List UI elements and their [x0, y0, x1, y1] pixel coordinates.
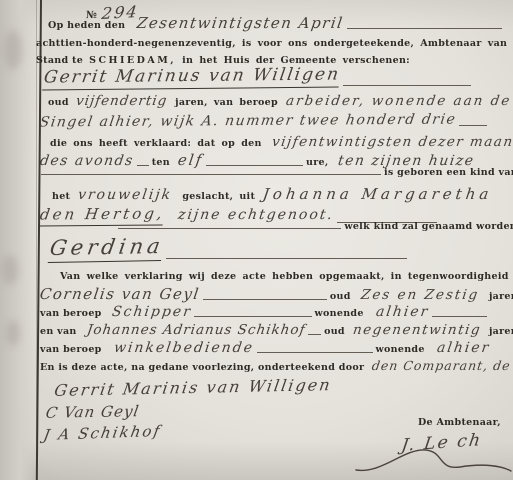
declarant-occupation: arbeider, wonende aan de [285, 93, 513, 109]
page-left-edge-shading [0, 0, 36, 480]
printed-city-name: SCHIEDAM, [89, 55, 176, 66]
printed-closing: En is deze acte, na gedane voorlezing, o… [40, 362, 364, 373]
declarant-age-row: oud vijfendertig jaren, van beroep arbei… [48, 93, 513, 109]
witness2-occupation-row: van beroep winkelbediende wonende alhier [40, 340, 490, 356]
ruled-fill-line [308, 331, 321, 335]
printed-oud-2: oud [330, 291, 351, 302]
child-name: Gerdina [48, 234, 166, 263]
witness2-occupation: winkelbediende [112, 340, 254, 356]
ruled-fill-line [166, 255, 407, 259]
ruled-fill-line [432, 313, 487, 317]
witness2-name: Johannes Adrianus Schikhof [86, 322, 307, 338]
declarant-age: vijfendertig [75, 93, 169, 109]
signature-witness2-row: J A Schikhof [44, 424, 161, 442]
printed-jaren: jaren [489, 291, 513, 302]
is-geboren-row: is geboren een kind van [38, 167, 513, 178]
official-signature-flourish [352, 440, 513, 476]
child-name-row: Gerdina [50, 235, 410, 262]
welk-kind-row: welk kind zal genaamd worden [115, 221, 513, 232]
printed-year-line: achttien-honderd-negenenzeventig, is voo… [36, 38, 513, 49]
printed-van-beroep: van beroep [40, 308, 102, 319]
printed-is-geboren: is geboren een kind van [384, 167, 513, 178]
witness2-row: en van Johannes Adrianus Schikhof oud ne… [40, 322, 513, 338]
printed-en-van: en van [40, 326, 77, 337]
printed-van-beroep-2: van beroep [40, 344, 102, 355]
printed-op-heden: Op heden den [48, 20, 125, 31]
ruled-fill-line [194, 313, 311, 317]
ruled-fill-line [257, 349, 373, 353]
scan-smudge [4, 30, 22, 70]
witness2-age: negenentwintig [352, 322, 482, 338]
gender-mother-row: het vrouwelijk geslacht, uit Johanna Mar… [52, 185, 493, 203]
printed-jaren-van-beroep: jaren, van beroep [175, 97, 278, 108]
printed-van-welke: Van welke verklaring wij deze acte hebbe… [60, 271, 513, 282]
declarant-name: Gerrit Marinus van Willigen [42, 64, 341, 90]
ruled-fill-line [203, 296, 327, 300]
printed-de-ambtenaar: De Ambtenaar, [418, 417, 501, 428]
birth-day: vijfentwintigsten dezer maand, [271, 134, 513, 150]
year-row: achttien-honderd-negenenzeventig, is voo… [36, 38, 513, 49]
witness1-residence: alhier [375, 304, 431, 320]
printed-oud: oud [48, 97, 69, 108]
witness-intro-row: Van welke verklaring wij deze acte hebbe… [60, 271, 513, 282]
declarant-name-row: Gerrit Marinus van Willigen [44, 66, 474, 89]
witness1-name: Cornelis van Geyl [39, 285, 201, 303]
handwritten-date: Zesentwintigsten April [136, 14, 345, 32]
ruled-fill-line [459, 122, 487, 126]
ruled-fill-line [347, 25, 502, 29]
closing-row: En is deze acte, na gedane voorlezing, o… [40, 358, 513, 373]
witness1-occupation: Schipper [110, 304, 192, 320]
printed-jaren-2: jaren [489, 326, 513, 337]
declarant-address: Singel alhier, wijk A. nummer twee honde… [39, 112, 458, 131]
witness2-residence: alhier [436, 340, 492, 356]
printed-stand-prefix: Stand te [36, 55, 83, 66]
declaration-row: die ons heeft verklaard: dat op den vijf… [50, 134, 513, 150]
printed-verklaard: die ons heeft verklaard: dat op den [50, 138, 262, 149]
scan-smudge [2, 255, 18, 285]
printed-wonende-2: wonende [376, 344, 425, 355]
ruled-fill-line [137, 162, 149, 166]
ruled-fill-line [343, 82, 471, 86]
printed-welk-kind: welk kind zal genaamd worden [344, 221, 513, 232]
birth-certificate-scan: № 294 Op heden den Zesentwintigsten Apri… [0, 0, 513, 480]
signature-witness2: J A Schikhof [42, 422, 163, 444]
printed-het: het [52, 191, 70, 202]
official-label-row: De Ambtenaar, [418, 417, 501, 428]
ruled-fill-line [41, 171, 381, 175]
signature-witness1-row: C Van Geyl [46, 403, 139, 421]
witness1-row: Cornelis van Geyl oud Zes en Zestig jare… [40, 285, 513, 303]
signature-declarant-row: Gerrit Marinis van Willigen [55, 378, 331, 397]
closing-handwritten: den Comparant, de getuigen [371, 358, 513, 373]
mother-first-names: Johanna Margaretha [262, 185, 494, 203]
witness1-age: Zes en Zestig [360, 287, 480, 303]
witness1-occupation-row: van beroep Schipper wonende alhier [40, 304, 490, 320]
stand-row: Stand te SCHIEDAM, in het Huis der Gemee… [36, 55, 410, 66]
printed-wonende: wonende [315, 308, 364, 319]
ruled-fill-line [206, 162, 303, 166]
declarant-address-row: Singel alhier, wijk A. nummer twee honde… [40, 113, 490, 129]
date-row: Op heden den Zesentwintigsten April [48, 14, 505, 32]
child-gender: vrouwelijk [77, 187, 173, 203]
signature-witness1: C Van Geyl [44, 402, 140, 422]
signature-declarant: Gerrit Marinis van Willigen [53, 375, 333, 400]
printed-oud-3: oud [324, 326, 345, 337]
ruled-fill-line [118, 225, 341, 229]
scan-smudge [6, 320, 20, 346]
printed-geslacht-uit: geslacht, uit [182, 191, 255, 202]
